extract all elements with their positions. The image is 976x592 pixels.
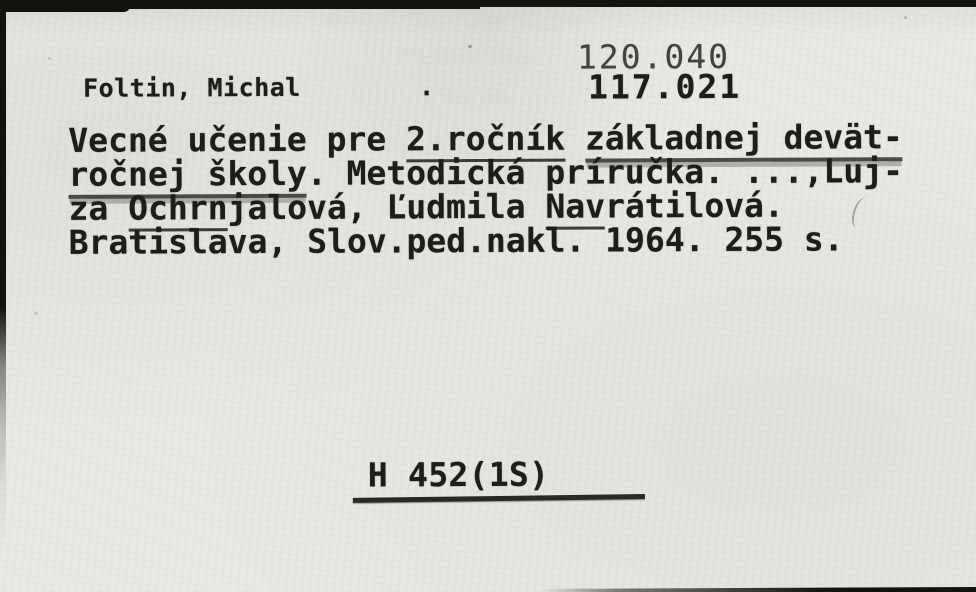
shelf-mark: H 452(1S) <box>368 458 550 493</box>
accession-number-bottom: 117.021 <box>588 70 741 105</box>
scan-edge-left <box>0 7 6 552</box>
catalog-card-scan: 120.040 117.021 Foltin, Michal . Vecné u… <box>0 0 976 592</box>
scan-edge-top-left <box>0 0 130 12</box>
author-line-dot: . <box>419 73 434 101</box>
scan-speck <box>468 45 472 48</box>
author-name: Foltin, Michal <box>83 74 301 103</box>
scan-edge-bottom-right <box>540 587 976 592</box>
scan-speck <box>48 57 51 60</box>
scan-speck <box>34 312 38 315</box>
shelf-mark-underline <box>353 494 645 503</box>
typewritten-text-layer: 120.040 117.021 Foltin, Michal . Vecné u… <box>0 0 976 592</box>
scan-speck <box>904 16 907 19</box>
imprint-line: Bratislava, Slov.ped.nakl. 1964. 255 s. <box>69 222 844 259</box>
